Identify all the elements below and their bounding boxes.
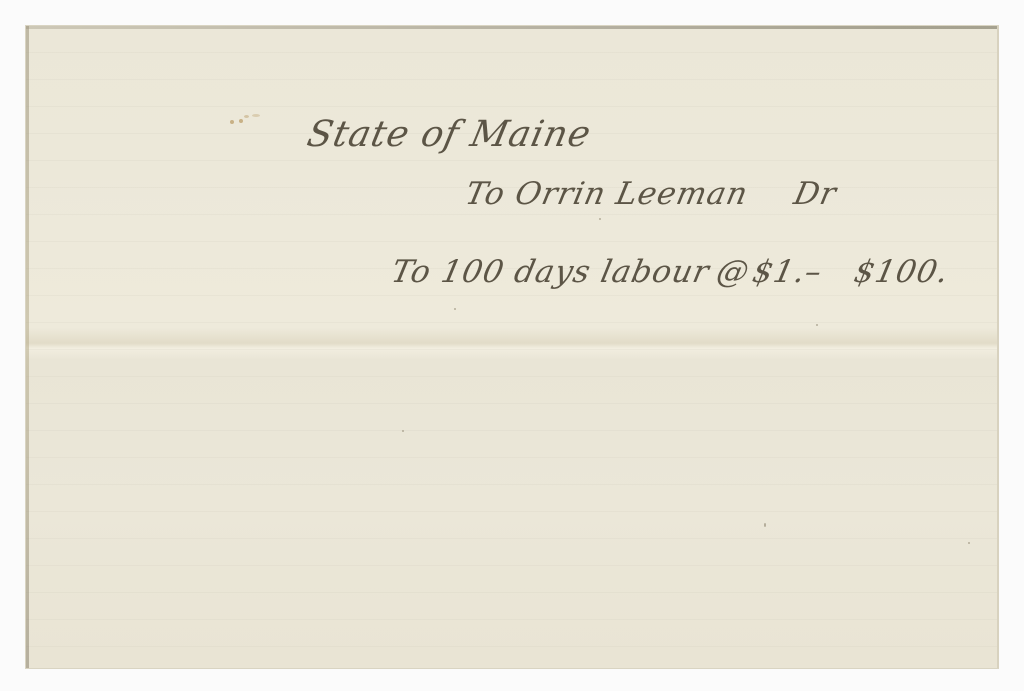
paper-speck <box>402 430 404 432</box>
charge-total: $100. <box>851 254 952 290</box>
scanned-document: State of Maine To Orrin Leeman Dr To 100… <box>0 0 1024 691</box>
paper-top-edge <box>26 26 998 29</box>
paper-speck <box>764 523 766 527</box>
paper-speck <box>599 218 601 220</box>
heading-text: State of Maine <box>304 114 595 155</box>
charge-description: days labour <box>511 254 713 290</box>
debtor-name: Orrin Leeman <box>512 176 752 212</box>
charge-prefix: To <box>388 254 435 290</box>
debtor-line: To Orrin Leeman Dr <box>462 176 840 212</box>
debtor-to: To <box>462 176 509 212</box>
paper-right-edge <box>997 26 999 668</box>
paper-left-edge <box>26 26 29 668</box>
paper-speck <box>454 308 456 310</box>
paper-speck <box>968 542 970 544</box>
ink-stain <box>230 114 270 128</box>
debtor-suffix: Dr <box>791 176 840 212</box>
heading-state-of-maine: State of Maine <box>304 114 595 155</box>
paper-speck <box>816 324 818 326</box>
charge-at: @ <box>713 254 753 290</box>
charge-rate: $1.– <box>749 254 825 290</box>
paper-sheet: State of Maine To Orrin Leeman Dr To 100… <box>26 26 998 668</box>
charge-line: To 100 days labour@$1.– $100. <box>388 254 952 290</box>
charge-quantity: 100 <box>438 254 508 290</box>
